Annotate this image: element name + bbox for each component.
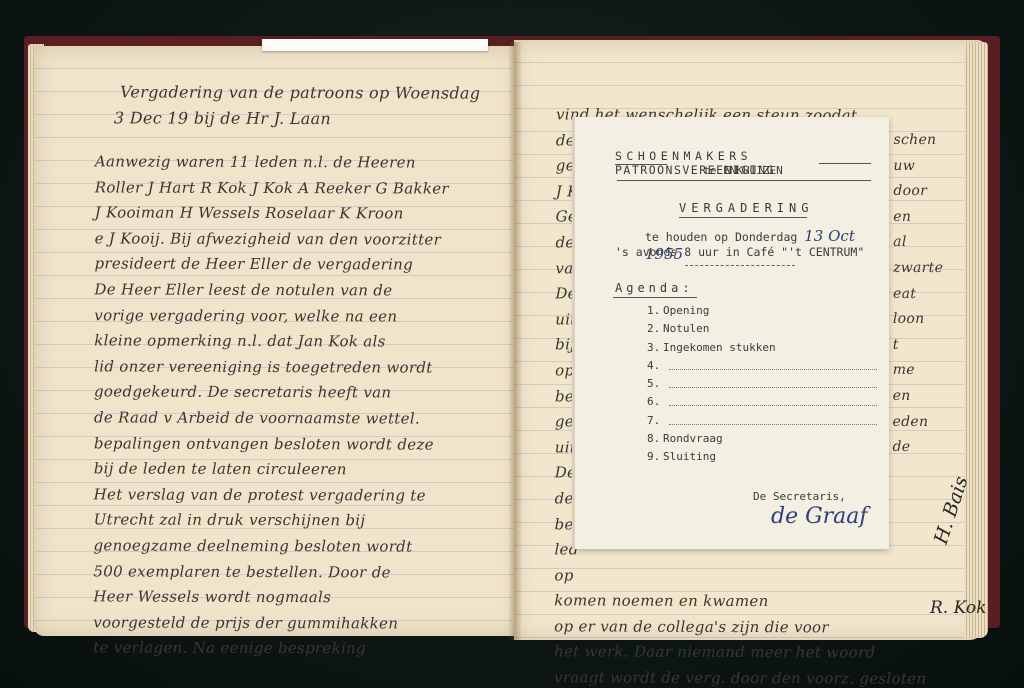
margin-fragment: zwarte — [893, 256, 943, 282]
minutes-line: De Heer Eller leest de notulen van de — [94, 277, 448, 304]
meeting-title-underline — [679, 217, 807, 218]
agenda-list: 1.Opening 2.Notulen 3.Ingekomen stukken … — [647, 302, 877, 467]
agenda-text: Notulen — [663, 320, 709, 338]
minutes-line: vorige vergadering voor, welke na een — [94, 303, 448, 330]
minutes-line: op er van de collega's zijn die voor — [554, 614, 926, 641]
blank-dotted-line — [669, 357, 877, 370]
agenda-text: Sluiting — [663, 448, 716, 466]
agenda-number: 8. — [647, 430, 663, 448]
blank-dotted-line — [669, 412, 877, 425]
agenda-number: 9. — [647, 448, 663, 466]
margin-fragment: en — [893, 384, 943, 410]
minutes-line: bepalingen ontvangen besloten wordt deze — [94, 431, 448, 458]
agenda-text: Rondvraag — [663, 430, 723, 448]
agenda-item: 2.Notulen — [647, 320, 877, 338]
margin-fragment: eat — [893, 281, 943, 307]
blank-dotted-line — [669, 393, 877, 406]
minutes-line: op — [554, 563, 926, 590]
minutes-line: te verlagen. Na eenige bespreking — [93, 636, 447, 663]
margin-fragment: t — [893, 333, 943, 359]
meeting-title: VERGADERING — [679, 201, 813, 215]
agenda-item: 3.Ingekomen stukken — [647, 339, 877, 357]
header-divider — [617, 180, 871, 181]
minutes-line: komen noemen en kwamen — [554, 589, 926, 616]
margin-fragment: de — [892, 435, 942, 461]
meeting-location: 's avonds 8 uur in Café "'t CENTRUM" — [615, 245, 864, 259]
dash-divider — [685, 265, 795, 267]
heading-line: Vergadering van de patroons op Woensdag — [120, 79, 480, 106]
blank-dotted-line — [669, 375, 877, 388]
organization-city: te ENKHUIZEN — [575, 164, 889, 177]
agenda-number: 4. — [647, 357, 663, 375]
agenda-title: Agenda: — [615, 281, 694, 295]
right-page-edges — [964, 42, 988, 638]
margin-fragment: me — [893, 358, 943, 384]
minutes-line: Utrecht zal in druk verschijnen bij — [94, 508, 448, 535]
minutes-line: lid onzer vereeniging is toegetreden wor… — [94, 354, 448, 381]
margin-fragment: eden — [893, 409, 943, 435]
minutes-line: Roller J Hart R Kok J Kok A Reeker G Bak… — [95, 175, 449, 202]
margin-fragment: schen — [893, 128, 943, 154]
secretary-label: De Secretaris, — [753, 490, 846, 503]
agenda-text: Ingekomen stukken — [663, 339, 776, 357]
agenda-number: 7. — [647, 412, 663, 430]
minutes-line: het werk. Daar niemand meer het woord — [554, 640, 926, 667]
secretary-signature: de Graaf — [771, 504, 868, 529]
minutes-line: presideert de Heer Eller de vergadering — [94, 252, 448, 279]
agenda-number: 3. — [647, 339, 663, 357]
agenda-item-blank: 5. — [647, 375, 877, 393]
agenda-item: 8.Rondvraag — [647, 430, 877, 448]
margin-fragment: en — [893, 205, 943, 231]
minutes-line: Het verslag van de protest vergadering t… — [94, 482, 448, 509]
minutes-line: Aanwezig waren 11 leden n.l. de Heeren — [95, 149, 449, 176]
book-gutter — [508, 42, 522, 640]
minutes-line: goedgekeurd. De secretaris heeft van — [94, 380, 448, 407]
paper-bookmark-strip — [262, 39, 488, 51]
minutes-line: kleine opmerking n.l. dat Jan Kok als — [94, 329, 448, 356]
agenda-item-blank: 4. — [647, 357, 877, 375]
agenda-text: Opening — [663, 302, 709, 320]
minutes-line: voorgesteld de prijs der gummihakken — [93, 610, 447, 637]
agenda-item-blank: 7. — [647, 412, 877, 430]
when-label: te houden op Donderdag — [645, 230, 797, 244]
minutes-line: J Kooiman H Wessels Roselaar K Kroon — [95, 201, 449, 228]
agenda-item: 1.Opening — [647, 302, 877, 320]
left-page-heading: Vergadering van de patroons op Woensdag … — [120, 79, 480, 131]
chairman-signature: R. Kok — [930, 598, 986, 618]
minutes-line: genoegzame deelneming besloten wordt — [93, 533, 447, 560]
minutes-line: de Raad v Arbeid de voornaamste wettel. — [94, 405, 448, 432]
minutes-line: bij de leden te laten circuleeren — [94, 457, 448, 484]
agenda-item-blank: 6. — [647, 393, 877, 411]
margin-fragment: uw — [893, 154, 943, 180]
minutes-line: 500 exemplaren te bestellen. Door de — [93, 559, 447, 586]
margin-fragment: door — [893, 179, 943, 205]
agenda-number: 6. — [647, 393, 663, 411]
org-prefix: SCHOENMAKERS — [615, 149, 752, 163]
left-page-minutes: Aanwezig waren 11 leden n.l. de Heeren R… — [93, 149, 449, 662]
right-margin-fragments: schen uw door en al zwarte eat loon t me… — [892, 128, 943, 461]
agenda-title-underline — [613, 297, 697, 298]
margin-fragment: loon — [893, 307, 943, 333]
agenda-number: 1. — [647, 302, 663, 320]
margin-fragment: al — [893, 230, 943, 256]
agenda-item: 9.Sluiting — [647, 448, 877, 466]
minutes-line: Heer Wessels wordt nogmaals — [93, 584, 447, 611]
minutes-line: vraagt wordt de verg. door den voorz. ge… — [554, 665, 926, 688]
meeting-notice-card: SCHOENMAKERS PATROONSVEREENIGING te ENKH… — [575, 117, 889, 549]
heading-line: 3 Dec 19 bij de Hr J. Laan — [114, 105, 480, 132]
minutes-line: e J Kooij. Bij afwezigheid van den voorz… — [95, 226, 449, 253]
agenda-number: 2. — [647, 320, 663, 338]
agenda-number: 5. — [647, 375, 663, 393]
